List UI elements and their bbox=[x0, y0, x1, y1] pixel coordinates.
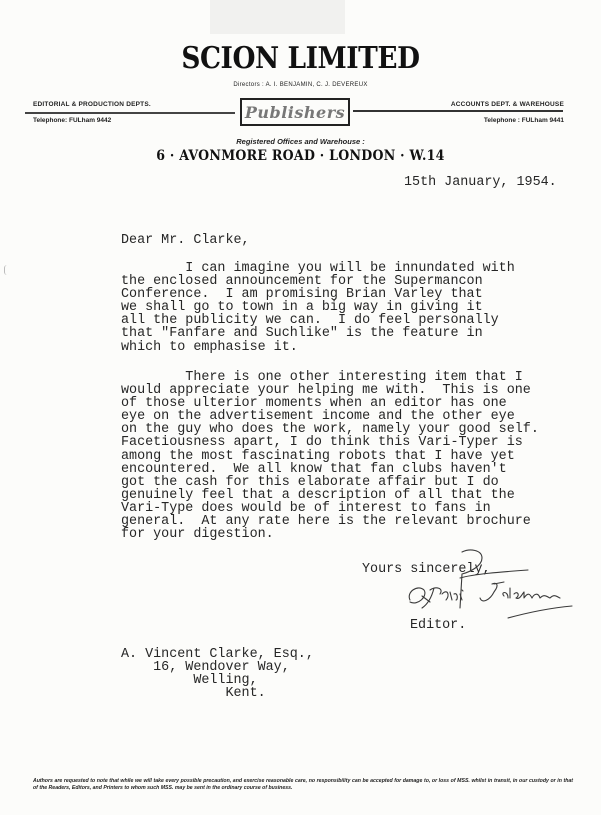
editorial-phone: Telephone: FULham 9442 bbox=[33, 117, 111, 124]
margin-mark bbox=[4, 265, 10, 275]
accounts-dept-label: ACCOUNTS DEPT. & WAREHOUSE bbox=[451, 101, 564, 108]
paper-smudge bbox=[210, 0, 345, 34]
signer-title: Editor. bbox=[410, 619, 466, 632]
recipient-address: A. Vincent Clarke, Esq., 16, Wendover Wa… bbox=[121, 648, 314, 700]
body-paragraph-1: I can imagine you will be innundated wit… bbox=[121, 262, 515, 354]
publishers-badge: Publishers bbox=[240, 98, 350, 126]
editorial-dept-label: EDITORIAL & PRODUCTION DEPTS. bbox=[33, 101, 151, 108]
body-paragraph-2: There is one other interesting item that… bbox=[121, 371, 539, 541]
company-name: SCION LIMITED bbox=[36, 41, 565, 76]
publishers-label: Publishers bbox=[245, 103, 345, 122]
salutation: Dear Mr. Clarke, bbox=[121, 234, 250, 247]
accounts-phone: Telephone : FULham 9441 bbox=[484, 117, 564, 124]
header-rule-left bbox=[25, 112, 235, 114]
letter-date: 15th January, 1954. bbox=[404, 176, 557, 189]
letter-page: SCION LIMITED Directors : A. I. BENJAMIN… bbox=[0, 0, 601, 815]
footer-disclaimer: Authors are requested to note that while… bbox=[33, 778, 573, 792]
directors-line: Directors : A. I. BENJAMIN, C. J. DEVERE… bbox=[0, 82, 601, 88]
registered-offices-label: Registered Offices and Warehouse : bbox=[0, 137, 601, 146]
handwritten-signature bbox=[400, 548, 590, 628]
company-address: 6 · AVONMORE ROAD · LONDON · W.14 bbox=[30, 148, 571, 164]
header-rule-right bbox=[353, 110, 563, 112]
